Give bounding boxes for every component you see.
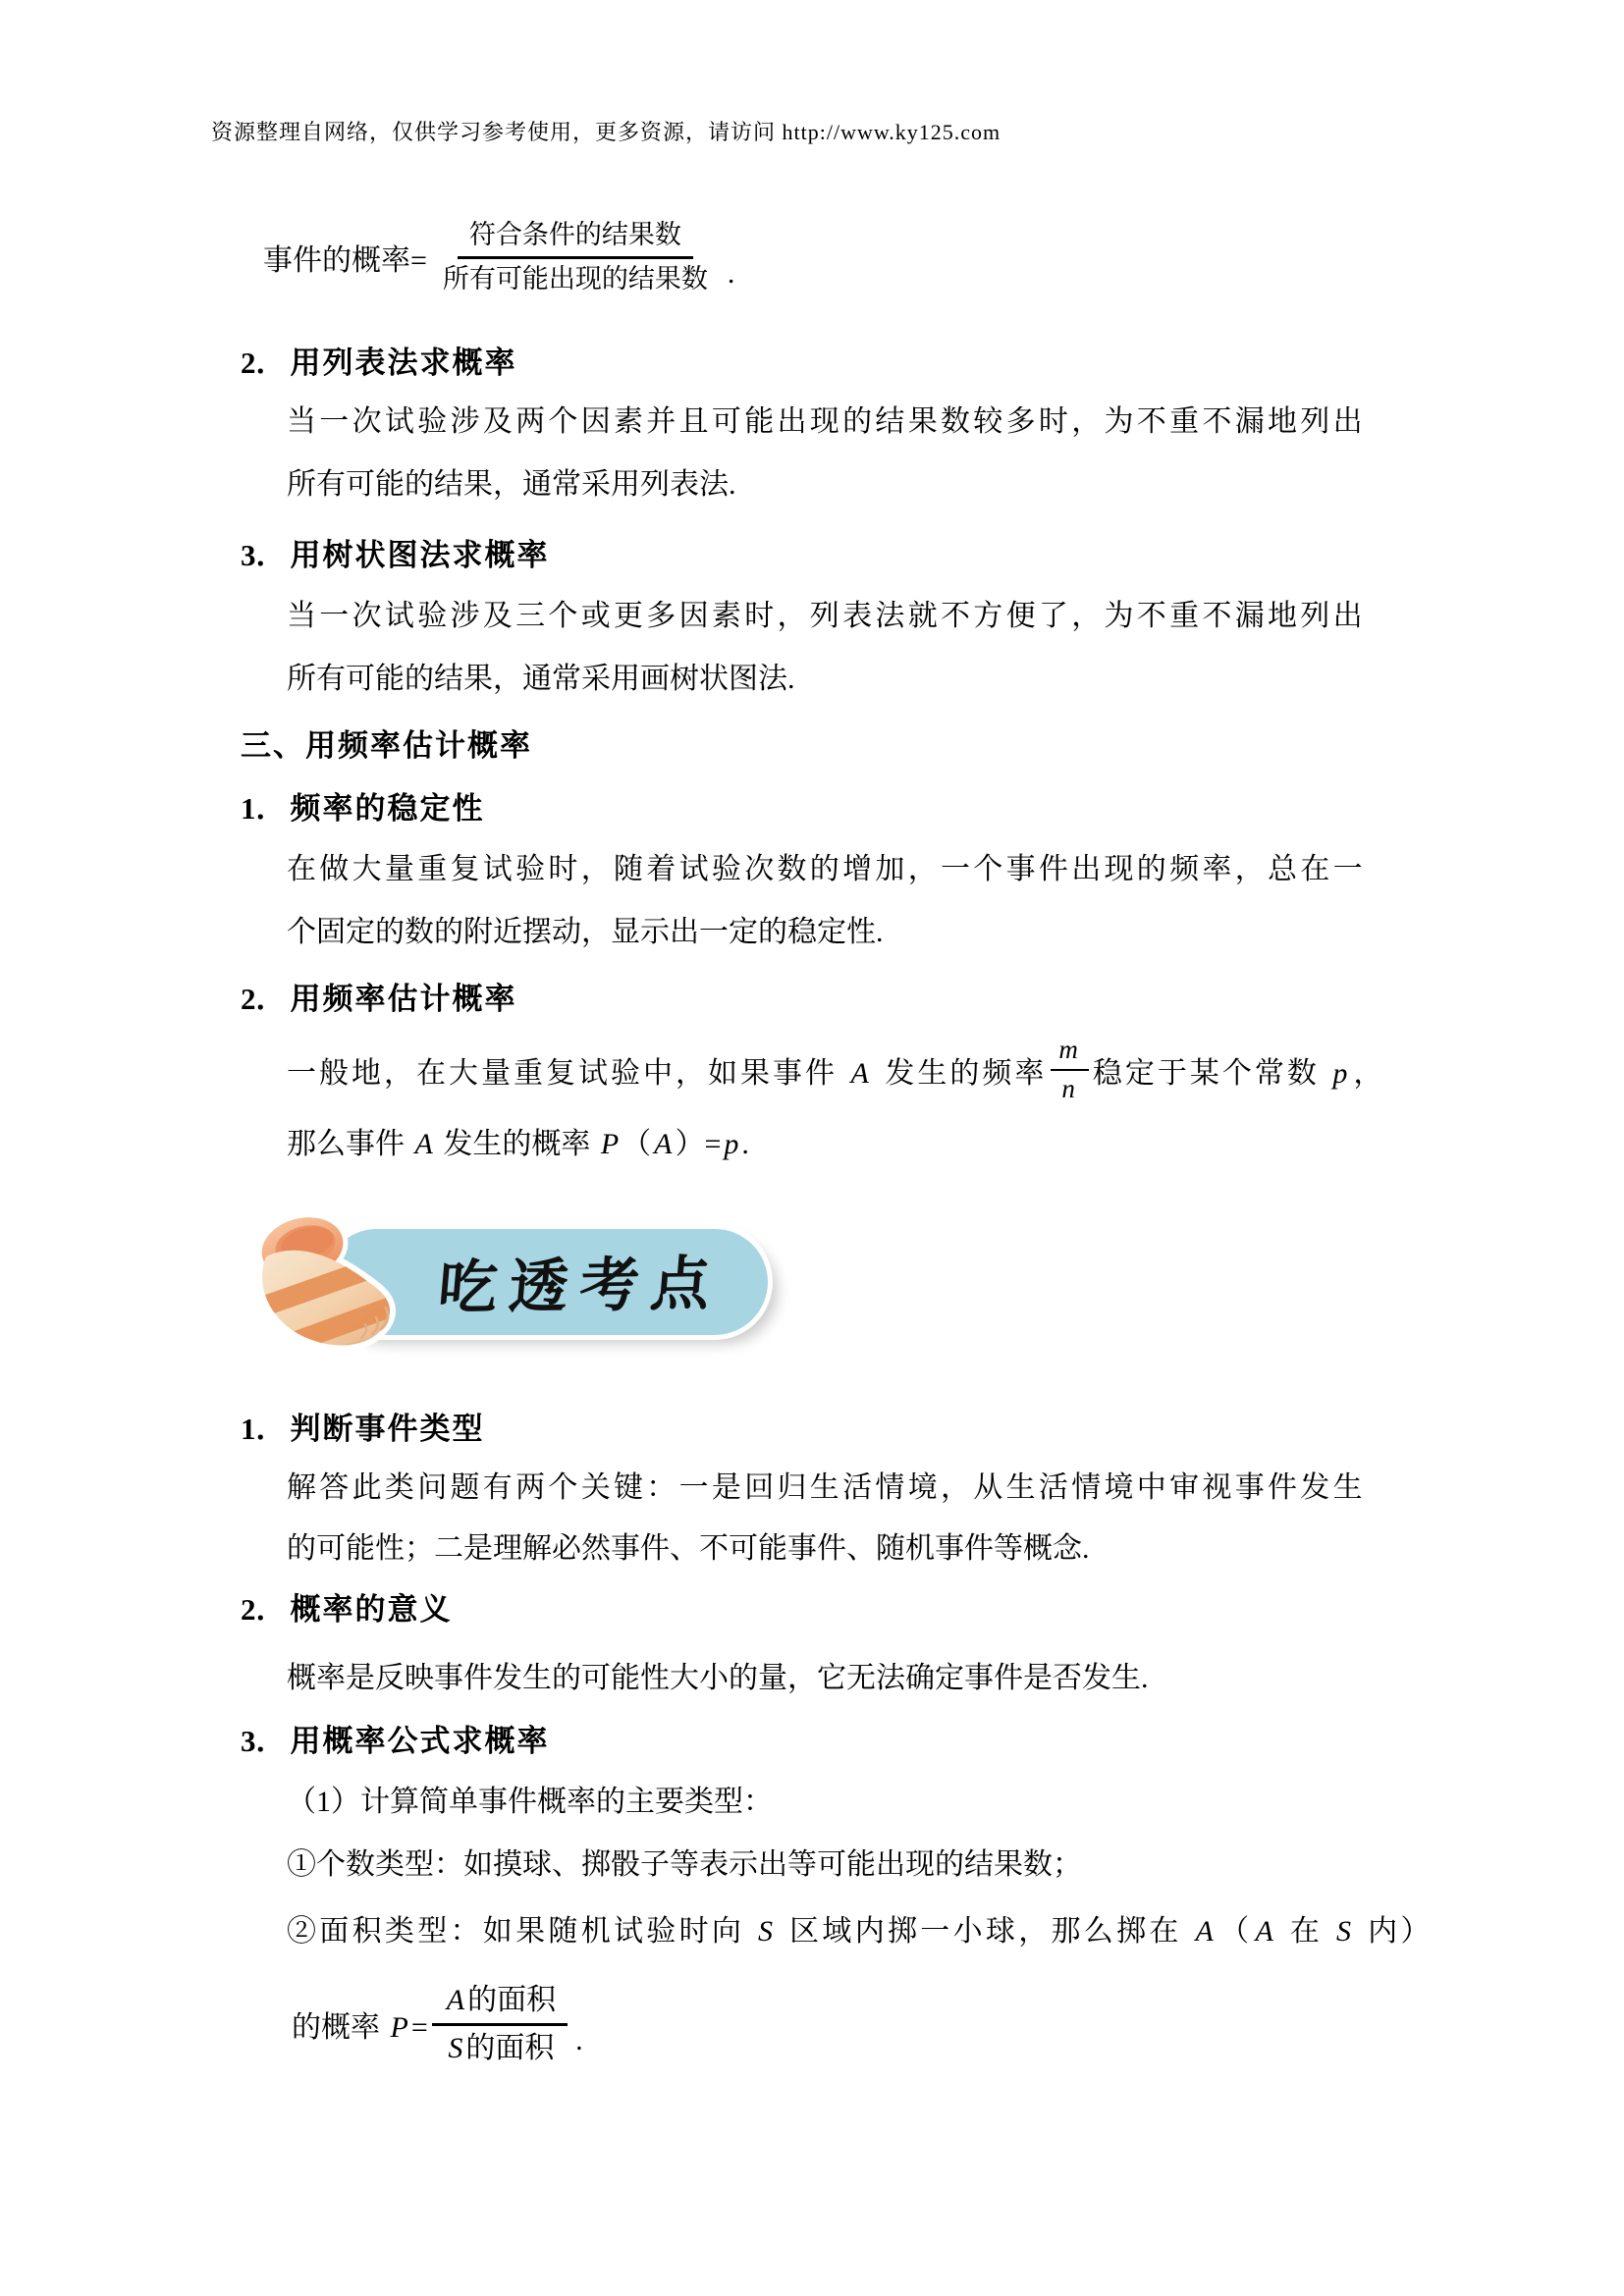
text-segment: 发生的频率 (875, 1057, 1048, 1090)
paragraph-line: 解答此类问题有两个关键：一是回归生活情境，从生活情境中审视事件发生 (287, 1468, 1366, 1508)
text-segment: p (1329, 1057, 1353, 1090)
paragraph-line: 概率是反映事件发生的可能性大小的量，它无法确定事件是否发生. (287, 1659, 1149, 1698)
text-segment: A (848, 1057, 875, 1090)
heading-number: 2． (241, 1592, 287, 1627)
heading-title: 用树状图法求概率 (291, 538, 550, 572)
text-segment: A (1193, 1915, 1220, 1948)
text-segment: A (651, 1128, 675, 1160)
heading-number: 1． (241, 1412, 287, 1446)
heading-number: 1． (241, 791, 287, 826)
paragraph-line: 个固定的数的附近摆动，显示出一定的稳定性. (287, 913, 884, 952)
formula-fraction: 符合条件的结果数 所有可能出现的结果数 (431, 217, 720, 298)
text-segment: 在 (1279, 1915, 1333, 1948)
paragraph-line: 所有可能的结果，通常采用画树状图法. (287, 660, 795, 699)
text-run: 稳定于某个常数 p， (1093, 1048, 1386, 1092)
heading-number: 3． (241, 1724, 287, 1758)
text-segment: A (412, 1128, 436, 1160)
text-segment: 的概率 (292, 2011, 388, 2044)
heading-title: 用列表法求概率 (291, 346, 517, 380)
heading-title: 三、用频率估计概率 (241, 728, 532, 763)
text-segment: ， (1353, 1057, 1385, 1090)
heading-title: 用概率公式求概率 (291, 1724, 550, 1758)
section-heading-list-method: 2．用列表法求概率 (241, 344, 517, 383)
formula-period: . (575, 2024, 583, 2057)
page-header-disclaimer: 资源整理自网络，仅供学习参考使用，更多资源，请访问 http://www.ky1… (211, 116, 1001, 146)
section-heading-prob-formula: 3．用概率公式求概率 (241, 1722, 550, 1761)
formula-lead: 的概率 P= (292, 2002, 428, 2046)
paragraph-line: 当一次试验涉及三个或更多因素时，列表法就不方便了，为不重不漏地列出 (287, 597, 1366, 636)
fraction-numerator: 符合条件的结果数 (458, 217, 693, 259)
heading-title: 判断事件类型 (291, 1412, 485, 1446)
text-segment: S (755, 1915, 779, 1948)
text-segment: 的面积 (467, 1984, 556, 2016)
text-segment: S (445, 2032, 465, 2064)
key-points-badge: 吃透考点 (250, 1213, 781, 1380)
chapter-heading-frequency: 三、用频率估计概率 (241, 726, 532, 766)
text-segment: P (598, 1128, 622, 1160)
fraction-numerator: A的面积 (432, 1980, 568, 2026)
text-segment: ）= (675, 1128, 721, 1160)
formula-period: . (728, 257, 735, 291)
mn-fraction: m n (1051, 1034, 1089, 1106)
paragraph-line: 的可能性；二是理解必然事件、不可能事件、随机事件等概念. (287, 1529, 1090, 1569)
text-segment: p (721, 1128, 741, 1160)
section-heading-judge-event: 1．判断事件类型 (241, 1410, 485, 1449)
section-heading-freq-estimate: 2．用频率估计概率 (241, 980, 517, 1019)
paragraph-line: 在做大量重复试验时，随着试验次数的增加，一个事件出现的频率，总在一 (287, 850, 1366, 889)
text-segment: . (741, 1128, 749, 1160)
paragraph-line: ①个数类型：如摸球、掷骰子等表示出等可能出现的结果数； (287, 1845, 1082, 1885)
probability-formula: 事件的概率= 符合条件的结果数 所有可能出现的结果数 . (263, 203, 734, 311)
text-segment: （ (1219, 1915, 1252, 1948)
fraction-denominator: 所有可能出现的结果数 (431, 259, 720, 298)
text-segment: 内） (1357, 1915, 1433, 1948)
text-run: 一般地，在大量重复试验中，如果事件 A 发生的频率 (287, 1048, 1047, 1092)
area-fraction: A的面积 S的面积 (432, 1980, 568, 2068)
text-segment: 稳定于某个常数 (1093, 1057, 1330, 1090)
paragraph-line: （1）计算简单事件概率的主要类型： (287, 1783, 773, 1822)
text-segment: ②面积类型：如果随机试验时向 (287, 1915, 755, 1948)
text-segment: 一般地，在大量重复试验中，如果事件 (287, 1057, 848, 1090)
text-segment: （ (622, 1128, 651, 1160)
badge-label: 吃透考点 (366, 1237, 726, 1327)
section-heading-tree-method: 3．用树状图法求概率 (241, 536, 550, 575)
text-segment: 发生的概率 (436, 1128, 598, 1160)
text-segment: 的面积 (465, 2032, 554, 2064)
fraction-numerator: m (1051, 1034, 1089, 1071)
text-segment: S (1333, 1915, 1357, 1948)
fraction-denominator: n (1054, 1071, 1086, 1106)
heading-number: 2． (241, 346, 287, 380)
heading-title: 用频率估计概率 (291, 982, 517, 1016)
formula-lead: 事件的概率= (263, 236, 427, 279)
paragraph-line: 那么事件 A 发生的概率 P（A）=p. (287, 1125, 749, 1164)
heading-number: 2． (241, 982, 287, 1016)
fraction-denominator: S的面积 (433, 2026, 566, 2069)
paragraph-line: ②面积类型：如果随机试验时向 S 区域内掷一小球，那么掷在 A（A 在 S 内） (287, 1912, 1434, 1951)
text-segment: = (411, 2011, 428, 2044)
paragraph-line: 当一次试验涉及两个因素并且可能出现的结果数较多时，为不重不漏地列出 (287, 402, 1366, 442)
conch-shell-icon (250, 1213, 413, 1368)
text-segment: A (444, 1984, 467, 2016)
paragraph-line-with-fraction: 一般地，在大量重复试验中，如果事件 A 发生的频率 m n 稳定于某个常数 p， (287, 1021, 1385, 1119)
heading-title: 频率的稳定性 (291, 791, 485, 826)
heading-title: 概率的意义 (291, 1592, 453, 1627)
text-segment: 区域内掷一小球，那么掷在 (779, 1915, 1192, 1948)
text-segment: A (1252, 1915, 1279, 1948)
area-probability-formula: 的概率 P= A的面积 S的面积 . (292, 1975, 583, 2073)
section-heading-prob-meaning: 2．概率的意义 (241, 1590, 453, 1629)
text-segment: 那么事件 (287, 1128, 412, 1160)
document-page: 资源整理自网络，仅供学习参考使用，更多资源，请访问 http://www.ky1… (0, 0, 1624, 2296)
heading-number: 3． (241, 538, 287, 572)
section-heading-freq-stability: 1．频率的稳定性 (241, 789, 485, 828)
text-segment: P (388, 2011, 411, 2044)
paragraph-line: 所有可能的结果，通常采用列表法. (287, 465, 736, 505)
